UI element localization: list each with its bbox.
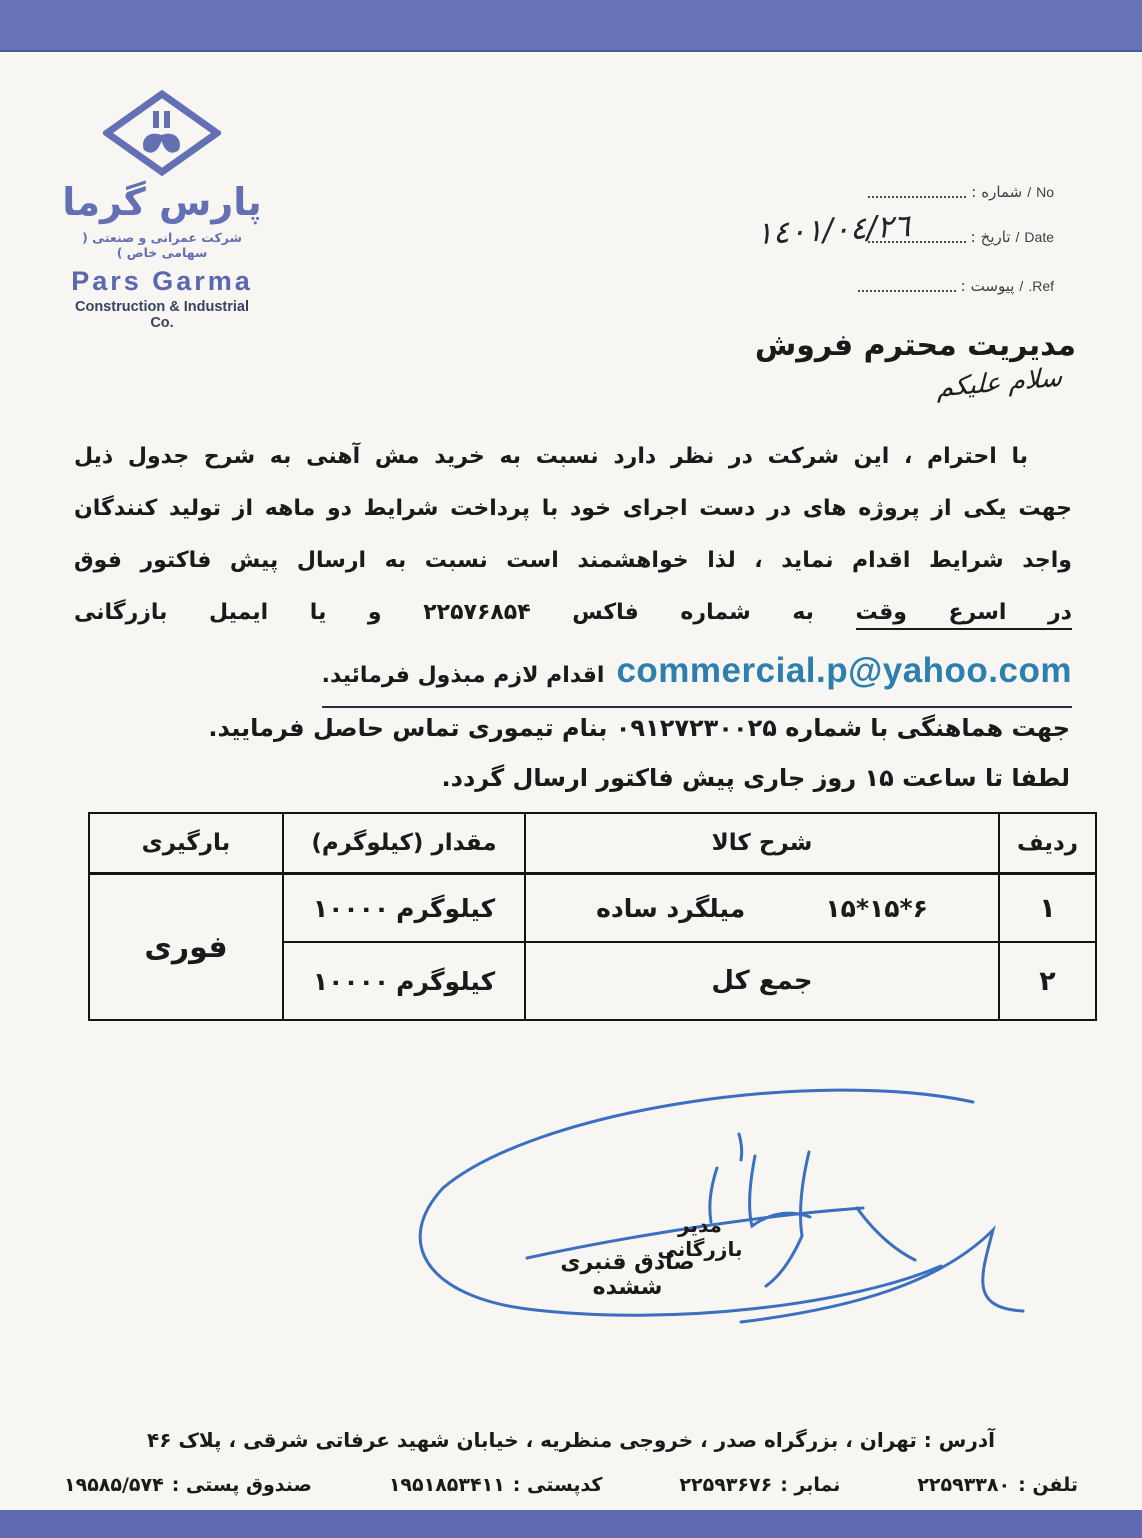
postal-code-number: ۱۹۵۱۸۵۳۴۱۱: [389, 1474, 505, 1496]
field-number-label-fa: شماره: [981, 183, 1022, 201]
pobox-number: ۱۹۵۸۵/۵۷۴: [64, 1474, 164, 1496]
logo-tagline-fa: شرکت عمرانی و صنعتی ( سهامی خاص ): [62, 230, 262, 260]
footer-contacts: تلفن : ۲۲۵۹۳۳۸۰ نمابر : ۲۲۵۹۳۶۷۶ کدپستی …: [64, 1474, 1078, 1496]
quantity-unit: کیلوگرم: [396, 967, 495, 996]
contact-postal-code: کدپستی : ۱۹۵۱۸۵۳۴۱۱: [389, 1474, 603, 1496]
signature-ink-icon: [385, 1080, 1045, 1340]
item-size: ۱۵*۱۵*۶: [825, 894, 927, 923]
body-line-rest: به شماره فاکس ۲۲۵۷۶۸۵۴ و یا ایمیل بازرگا…: [74, 600, 814, 625]
dotted-line: [868, 184, 966, 198]
col-header-loading: بارگیری: [89, 813, 283, 874]
field-colon: :: [961, 277, 966, 295]
field-separator: /: [1027, 184, 1031, 200]
field-date-label-fa: تاریخ: [981, 228, 1011, 246]
contact-note: جهت هماهنگی با شماره ۰۹۱۲۷۲۳۰۰۲۵ بنام تی…: [70, 714, 1070, 742]
contact-fax: نمابر : ۲۲۵۹۳۶۷۶: [679, 1474, 840, 1496]
field-date-label-en: Date: [1024, 229, 1054, 245]
contact-phone: تلفن : ۲۲۵۹۳۳۸۰: [917, 1474, 1078, 1496]
item-description-cell: میلگرد ساده ۱۵*۱۵*۶: [525, 874, 999, 943]
field-ref-label-fa: پیوست: [971, 277, 1015, 295]
row-number-cell: ۱: [999, 874, 1096, 943]
col-header-row-number: ردیف: [999, 813, 1096, 874]
field-separator: /: [1016, 229, 1020, 245]
logo-tagline-en: Construction & Industrial Co.: [62, 299, 262, 331]
email-address: commercial.p@yahoo.com: [616, 645, 1072, 697]
phone-number: ۲۲۵۹۳۳۸۰: [917, 1474, 1010, 1496]
fax-number: ۲۲۵۹۳۶۷۶: [679, 1474, 772, 1496]
postal-code-label: کدپستی :: [513, 1474, 603, 1496]
contact-pobox: صندوق پستی : ۱۹۵۸۵/۵۷۴: [64, 1474, 312, 1496]
field-colon: :: [971, 183, 976, 201]
quantity-number: ۱۰۰۰۰: [313, 894, 389, 923]
item-name: میلگرد ساده: [596, 894, 745, 923]
fax-label: نمابر :: [780, 1474, 840, 1496]
quantity-cell: ۱۰۰۰۰ کیلوگرم: [283, 874, 525, 943]
total-label-cell: جمع کل: [525, 942, 999, 1020]
body-line: جهت یکی از پروژه های در دست اجرای خود با…: [74, 483, 1072, 535]
body-line: commercial.p@yahoo.com اقدام لازم مبذول …: [74, 639, 1072, 691]
dotted-line: [858, 278, 956, 292]
body-line: واجد شرایط اقدام نماید ، لذا خواهشمند اس…: [74, 535, 1072, 587]
field-number-row: No / شماره :: [734, 183, 1054, 201]
quantity-cell: ۱۰۰۰۰ کیلوگرم: [283, 942, 525, 1020]
body-line: با احترام ، این شرکت در نظر دارد نسبت به…: [74, 431, 1072, 483]
logo-diamond-icon: [103, 90, 221, 176]
letter-recipient-title: مدیریت محترم فروش: [755, 328, 1076, 363]
letter-body: با احترام ، این شرکت در نظر دارد نسبت به…: [74, 431, 1072, 691]
bottom-decorative-band: [0, 1510, 1142, 1538]
top-decorative-band: [0, 0, 1142, 52]
handwritten-greeting: سلام علیکم: [937, 362, 1062, 403]
col-header-description: شرح کالا: [525, 813, 999, 874]
table-header-row: ردیف شرح کالا مقدار (کیلوگرم) بارگیری: [89, 813, 1096, 874]
logo-name-fa: پارس گرما: [62, 182, 262, 224]
quantity-number: ۱۰۰۰۰: [313, 967, 389, 996]
underlined-phrase: در اسرع وقت: [856, 600, 1072, 630]
email-sentence: commercial.p@yahoo.com اقدام لازم مبذول …: [322, 645, 1072, 708]
quantity-unit: کیلوگرم: [396, 894, 495, 923]
field-number-label-en: No: [1036, 184, 1054, 200]
col-header-quantity: مقدار (کیلوگرم): [283, 813, 525, 874]
field-ref-row: Ref. / پیوست :: [734, 277, 1054, 295]
row-number-cell: ۲: [999, 942, 1096, 1020]
body-line: در اسرع وقت به شماره فاکس ۲۲۵۷۶۸۵۴ و یا …: [74, 587, 1072, 639]
logo-name-en: Pars Garma: [62, 266, 262, 297]
field-colon: :: [971, 228, 976, 246]
loading-cell: فوری: [89, 874, 283, 1021]
company-logo: پارس گرما شرکت عمرانی و صنعتی ( سهامی خا…: [62, 90, 262, 331]
deadline-note: لطفا تا ساعت ۱۵ روز جاری پیش فاکتور ارسا…: [70, 764, 1070, 792]
items-table: ردیف شرح کالا مقدار (کیلوگرم) بارگیری ۱ …: [88, 812, 1097, 1021]
body-line-rest: اقدام لازم مبذول فرمائید.: [322, 650, 605, 702]
pobox-label: صندوق پستی :: [172, 1474, 312, 1496]
phone-label: تلفن :: [1018, 1474, 1078, 1496]
field-ref-label-en: Ref.: [1028, 278, 1054, 294]
table-row: ۱ میلگرد ساده ۱۵*۱۵*۶ ۱۰۰۰۰ کیلوگرم فوری: [89, 874, 1096, 943]
field-separator: /: [1019, 278, 1023, 294]
footer-address: آدرس : تهران ، بزرگراه صدر ، خروجی منظری…: [0, 1428, 1142, 1452]
signatory-name: صادق قنبری ششده: [525, 1250, 730, 1300]
scanned-letter-page: پارس گرما شرکت عمرانی و صنعتی ( سهامی خا…: [0, 0, 1142, 1538]
